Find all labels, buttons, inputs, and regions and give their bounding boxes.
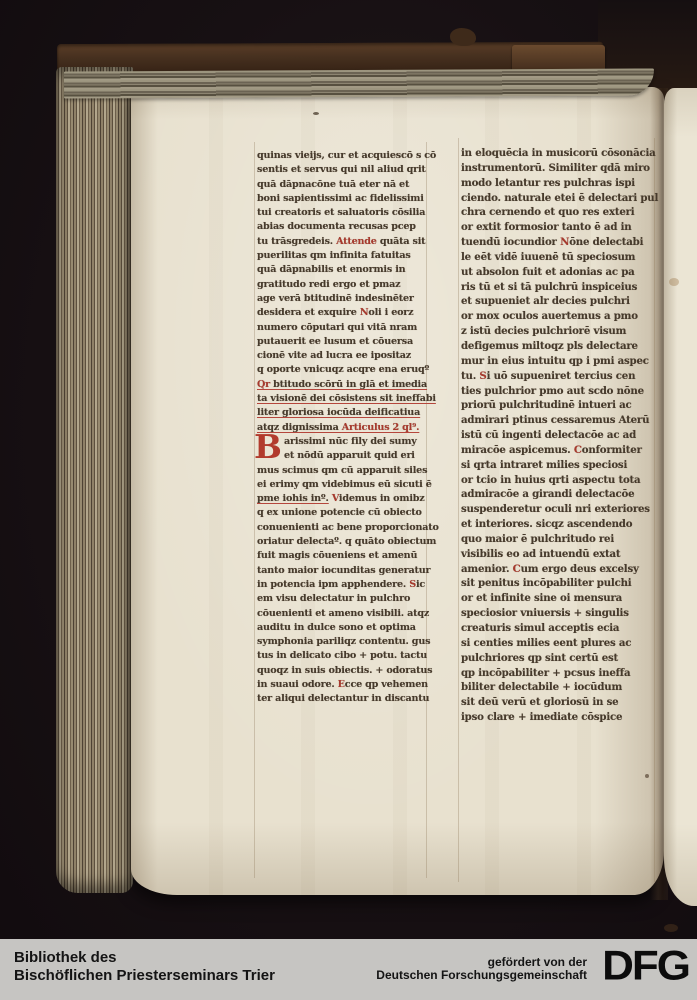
manuscript-line: numero cōputari qui vitā nram [257, 321, 429, 335]
manuscript-line: conuenienti ac bene proporcionato [257, 521, 429, 535]
manuscript-text: chra cernendo et quo res exteri [461, 206, 634, 218]
manuscript-text: or extit formosior tanto ē ad in [461, 221, 631, 233]
manuscript-text: ōne delectabi [569, 236, 643, 248]
rubric-red-text: E [338, 679, 345, 690]
manuscript-line: tanto maior iocunditas generatur [257, 564, 429, 578]
manuscript-text: gratitudo redi ergo et pmaz [257, 279, 400, 290]
manuscript-text: modo letantur res pulchras ispi [461, 177, 635, 189]
manuscript-line: et interiores. sicqz ascendendo [461, 517, 661, 532]
manuscript-text: tu trāsgredeis. [257, 236, 336, 247]
manuscript-text: i uō supueniret tercius cen [487, 370, 636, 382]
manuscript-text: visibilis eo ad intuendū extat [461, 548, 620, 560]
manuscript-line: age verā btitudinē indesinēter [257, 292, 429, 306]
manuscript-line: or extit formosior tanto ē ad in [461, 220, 661, 235]
manuscript-line: in potencia ipm apphendere. Sic [257, 578, 429, 592]
manuscript-text: age verā btitudinē indesinēter [257, 293, 414, 304]
manuscript-text: suspenderetur oculi nri exteriores [461, 503, 650, 515]
ink-speck [645, 774, 649, 778]
manuscript-line: defigemus miltoqz pls delectare [461, 339, 661, 354]
manuscript-line: cōuenienti et ameno visibili. atqz [257, 607, 429, 621]
manuscript-line: si centies milies eent plures ac [461, 636, 661, 651]
manuscript-text: le eēt vidē iuuenē tū speciosum [461, 251, 635, 263]
manuscript-line: liter gloriosa iocūda deificatiua [257, 406, 429, 420]
rubric-red-text: C [574, 444, 582, 456]
manuscript-text: mus scimus qm cū apparuit siles [257, 465, 427, 476]
rubric-red-text: Articulus 2 ql⁹. [342, 422, 419, 433]
manuscript-line: in eloquēcia in musicorū cōsonācia [461, 146, 661, 161]
manuscript-text: tu. [461, 370, 479, 382]
manuscript-line: biliter delectabile + iocūdum [461, 680, 661, 695]
page-fore-edge-stack [56, 67, 133, 893]
manuscript-line: visibilis eo ad intuendū extat [461, 547, 661, 562]
manuscript-text: in eloquēcia in musicorū cōsonācia [461, 147, 656, 159]
manuscript-line: qp incōpabiliter + pcsus ineffa [461, 666, 661, 681]
manuscript-text: boni sapientissimi ac fidelissimi [257, 193, 424, 204]
manuscript-text: liter gloriosa iocūda deificatiua [257, 407, 420, 418]
manuscript-text: arissimi nūc fily dei sumy [284, 436, 417, 447]
rubric-red-text: N [560, 236, 569, 248]
manuscript-line: ter aliqui delectantur in discantu [257, 692, 429, 706]
manuscript-line: q ex unione potencie cū obiecto [257, 506, 429, 520]
manuscript-text: putauerit ee lusum et cōuersa [257, 336, 413, 347]
library-name-line2: Bischöflichen Priesterseminars Trier [14, 967, 275, 985]
manuscript-line: sit deū verū et gloriosū in se [461, 695, 661, 710]
manuscript-text: oli i eorz [368, 307, 413, 318]
manuscript-text: quāta sit [377, 236, 426, 247]
dfg-logo: DFG [602, 950, 689, 982]
manuscript-line: sentis et servus qui nil aliud qrit [257, 163, 429, 177]
manuscript-line: q oporte vnicuqz acqre ena eruqº [257, 363, 429, 377]
manuscript-text: ris tū et si tā pulchrū inspiceius [461, 281, 637, 293]
manuscript-line: modo letantur res pulchras ispi [461, 176, 661, 191]
manuscript-text: admiracōe a girandi delectacōe [461, 488, 634, 500]
funding-line2: Deutschen Forschungsgemeinschaft [376, 969, 587, 982]
manuscript-text: puerilitas qm infinita fatuitas [257, 250, 411, 261]
manuscript-text: speciosior vniuersis + singulis [461, 607, 629, 619]
manuscript-text: tuendū iocundior [461, 236, 560, 248]
manuscript-text: z istū decies pulchriorē visum [461, 325, 626, 337]
manuscript-line: priorū pulchritudinē intueri ac [461, 398, 661, 413]
manuscript-line: istū cū ingenti delectacōe ac ad [461, 428, 661, 443]
manuscript-line: symphonia pariliqz contentu. gus [257, 635, 429, 649]
manuscript-line: et nōdū apparuit quid eri [257, 449, 429, 463]
manuscript-text: ut absolon fuit et adonias ac pa [461, 266, 635, 278]
manuscript-text: abias documenta recusas pcep [257, 221, 416, 232]
manuscript-text: et supueniet alr decies pulchri [461, 295, 630, 307]
rubric-red-text: Qr [257, 379, 270, 390]
manuscript-line: ta visionē dei cōsistens sit ineffabi [257, 392, 429, 406]
manuscript-line: ris tū et si tā pulchrū inspiceius [461, 280, 661, 295]
manuscript-text: tanto maior iocunditas generatur [257, 565, 430, 576]
facing-page-edge [664, 88, 697, 906]
manuscript-line: quā dāpnacōne tuā eter nā et [257, 178, 429, 192]
manuscript-line: desidera et exquire Noli i eorz [257, 306, 429, 320]
manuscript-line: tu trāsgredeis. Attende quāta sit [257, 235, 429, 249]
manuscript-line: pme iohis inº. Videmus in omibz [257, 492, 429, 506]
ink-speck [313, 112, 319, 115]
manuscript-line: quoqz in suis obiectis. + odoratus [257, 664, 429, 678]
manuscript-text: cce qp vehemen [345, 679, 428, 690]
manuscript-text: numero cōputari qui vitā nram [257, 322, 417, 333]
manuscript-line: or tcio in huius qrti aspectu tota [461, 473, 661, 488]
manuscript-line: or mox oculos auertemus a pmo [461, 309, 661, 324]
manuscript-text: si centies milies eent plures ac [461, 637, 631, 649]
manuscript-line: putauerit ee lusum et cōuersa [257, 335, 429, 349]
manuscript-text: in suaui odore. [257, 679, 338, 690]
manuscript-text: ter aliqui delectantur in discantu [257, 693, 429, 704]
manuscript-text: em visu delectatur in pulchro [257, 593, 410, 604]
manuscript-text: tus in delicato cibo + potu. tactu [257, 650, 427, 661]
manuscript-text: or mox oculos auertemus a pmo [461, 310, 638, 322]
manuscript-line: atqz dignissima Articulus 2 ql⁹. [257, 421, 429, 435]
manuscript-text: or et infinite sine oi mensura [461, 592, 622, 604]
manuscript-text: conuenienti ac bene proporcionato [257, 522, 439, 533]
rubric-red-text: S [479, 370, 486, 382]
manuscript-line: cionē vite ad lucra ee ipositaz [257, 349, 429, 363]
manuscript-line: ties pulchrior pmo aut scdo nōne [461, 384, 661, 399]
manuscript-line: oriatur delectaº. q quāto obiectum [257, 535, 429, 549]
manuscript-line: suspenderetur oculi nri exteriores [461, 502, 661, 517]
manuscript-line: creaturis simul acceptis ecia [461, 621, 661, 636]
manuscript-text: admirari ptinus cessaremus Aterū [461, 414, 649, 426]
page-edge-stack-top [64, 68, 654, 98]
footer-bar: Bibliothek des Bischöflichen Priestersem… [0, 939, 697, 1000]
rubric-red-text: S [409, 579, 416, 590]
library-attribution: Bibliothek des Bischöflichen Priestersem… [14, 949, 275, 985]
red-underlined-text: pme iohis inº. [257, 493, 329, 504]
ruling-line [254, 142, 255, 878]
library-name-line1: Bibliothek des [14, 949, 275, 967]
manuscript-line: quinas vieijs, cur et acquiescō s cō [257, 149, 429, 163]
manuscript-line: puerilitas qm infinita fatuitas [257, 249, 429, 263]
manuscript-line: tus in delicato cibo + potu. tactu [257, 649, 429, 663]
rubric-red-text: V [332, 493, 339, 504]
manuscript-text: amenior. [461, 563, 513, 575]
manuscript-line: or et infinite sine oi mensura [461, 591, 661, 606]
manuscript-line: tui creatoris et saluatoris cōsilia [257, 206, 429, 220]
manuscript-text: cionē vite ad lucra ee ipositaz [257, 350, 411, 361]
manuscript-line: Barissimi nūc fily dei sumy [257, 435, 429, 449]
manuscript-text: quinas vieijs, cur et acquiescō s cō [257, 150, 436, 161]
manuscript-text: si qrta intraret milies speciosi [461, 459, 627, 471]
manuscript-line: boni sapientissimi ac fidelissimi [257, 192, 429, 206]
manuscript-line: z istū decies pulchriorē visum [461, 324, 661, 339]
manuscript-line: mur in eius intuitu qp i pmi aspec [461, 354, 661, 369]
manuscript-line: pulchriores qp sint certū est [461, 651, 661, 666]
manuscript-line: chra cernendo et quo res exteri [461, 205, 661, 220]
manuscript-text: q ex unione potencie cū obiecto [257, 507, 422, 518]
manuscript-scan-photo: quinas vieijs, cur et acquiescō s cōsent… [0, 0, 697, 1000]
rubric-red-text: C [513, 563, 521, 575]
manuscript-line: miracōe aspicemus. Conformiter [461, 443, 661, 458]
manuscript-text: idemus in omibz [339, 493, 425, 504]
manuscript-text: ei erimy qm videbimus eū sicuti ē [257, 479, 432, 490]
manuscript-line: amenior. Cum ergo deus excelsy [461, 562, 661, 577]
ruling-line [458, 138, 459, 882]
funding-attribution: gefördert von der Deutschen Forschungsge… [376, 956, 587, 982]
manuscript-text: ties pulchrior pmo aut scdo nōne [461, 385, 644, 397]
parchment-stain [664, 924, 678, 932]
rubric-red-text: Attende [336, 236, 377, 247]
manuscript-text: oriatur delectaº. q quāto obiectum [257, 536, 436, 547]
manuscript-text: sit deū verū et gloriosū in se [461, 696, 618, 708]
manuscript-text: ciendo. naturale etei ē delectari pul [461, 192, 658, 204]
manuscript-text: instrumentorū. Similiter qdā miro [461, 162, 650, 174]
manuscript-text: cōuenienti et ameno visibili. atqz [257, 608, 429, 619]
manuscript-line: ciendo. naturale etei ē delectari pul [461, 191, 661, 206]
manuscript-line: ei erimy qm videbimus eū sicuti ē [257, 478, 429, 492]
manuscript-text: btitudo scōrū in glā et imedia [270, 379, 427, 390]
manuscript-text: desidera et exquire [257, 307, 360, 318]
manuscript-line: admiracōe a girandi delectacōe [461, 487, 661, 502]
manuscript-text: ta visionē dei cōsistens sit ineffabi [257, 393, 436, 404]
text-column-right: in eloquēcia in musicorū cōsonāciainstru… [461, 146, 661, 725]
manuscript-text: or tcio in huius qrti aspectu tota [461, 474, 640, 486]
manuscript-line: auditu in dulce sono et optima [257, 621, 429, 635]
manuscript-line: em visu delectatur in pulchro [257, 592, 429, 606]
manuscript-text: quā dāpnacōne tuā eter nā et [257, 179, 409, 190]
manuscript-text: defigemus miltoqz pls delectare [461, 340, 638, 352]
manuscript-text: quoqz in suis obiectis. + odoratus [257, 665, 432, 676]
manuscript-text: creaturis simul acceptis ecia [461, 622, 619, 634]
manuscript-text: miracōe aspicemus. [461, 444, 574, 456]
manuscript-line: tuendū iocundior Nōne delectabi [461, 235, 661, 250]
manuscript-text: ipso clare + imediate cōspice [461, 711, 622, 723]
manuscript-text: et nōdū apparuit quid eri [284, 450, 415, 461]
manuscript-line: quo maior ē pulchritudo rei [461, 532, 661, 547]
manuscript-text: onformiter [582, 444, 642, 456]
manuscript-text: pulchriores qp sint certū est [461, 652, 618, 664]
manuscript-line: tu. Si uō supueniret tercius cen [461, 369, 661, 384]
manuscript-line: sit penitus incōpabiliter pulchi [461, 576, 661, 591]
manuscript-text: quo maior ē pulchritudo rei [461, 533, 614, 545]
manuscript-text: quā dāpnabilis et enormis in [257, 264, 405, 275]
manuscript-text: istū cū ingenti delectacōe ac ad [461, 429, 636, 441]
manuscript-line: et supueniet alr decies pulchri [461, 294, 661, 309]
manuscript-line: instrumentorū. Similiter qdā miro [461, 161, 661, 176]
manuscript-line: quā dāpnabilis et enormis in [257, 263, 429, 277]
manuscript-text: um ergo deus excelsy [521, 563, 639, 575]
text-column-left: quinas vieijs, cur et acquiescō s cōsent… [257, 149, 429, 707]
parchment-stain [669, 278, 679, 286]
manuscript-text: biliter delectabile + iocūdum [461, 681, 622, 693]
manuscript-text: sentis et servus qui nil aliud qrit [257, 164, 426, 175]
manuscript-text: in potencia ipm apphendere. [257, 579, 409, 590]
manuscript-line: in suaui odore. Ecce qp vehemen [257, 678, 429, 692]
manuscript-text: sit penitus incōpabiliter pulchi [461, 577, 631, 589]
manuscript-line: mus scimus qm cū apparuit siles [257, 464, 429, 478]
manuscript-text: qp incōpabiliter + pcsus ineffa [461, 667, 630, 679]
manuscript-line: fuit magis cōueniens et amenū [257, 549, 429, 563]
manuscript-text: et interiores. sicqz ascendendo [461, 518, 632, 530]
manuscript-line: gratitudo redi ergo et pmaz [257, 278, 429, 292]
manuscript-line: le eēt vidē iuuenē tū speciosum [461, 250, 661, 265]
manuscript-text: symphonia pariliqz contentu. gus [257, 636, 430, 647]
manuscript-line: ut absolon fuit et adonias ac pa [461, 265, 661, 280]
manuscript-text: auditu in dulce sono et optima [257, 622, 416, 633]
manuscript-text: mur in eius intuitu qp i pmi aspec [461, 355, 649, 367]
manuscript-line: admirari ptinus cessaremus Aterū [461, 413, 661, 428]
manuscript-line: si qrta intraret milies speciosi [461, 458, 661, 473]
manuscript-line: abias documenta recusas pcep [257, 220, 429, 234]
cover-damage-spot [450, 28, 476, 46]
manuscript-line: ipso clare + imediate cōspice [461, 710, 661, 725]
manuscript-text: fuit magis cōueniens et amenū [257, 550, 417, 561]
manuscript-line: speciosior vniuersis + singulis [461, 606, 661, 621]
manuscript-text: ic [416, 579, 425, 590]
manuscript-text: priorū pulchritudinē intueri ac [461, 399, 632, 411]
manuscript-line: Qr btitudo scōrū in glā et imedia [257, 378, 429, 392]
manuscript-text: tui creatoris et saluatoris cōsilia [257, 207, 425, 218]
manuscript-text: q oporte vnicuqz acqre ena eruqº [257, 364, 429, 375]
